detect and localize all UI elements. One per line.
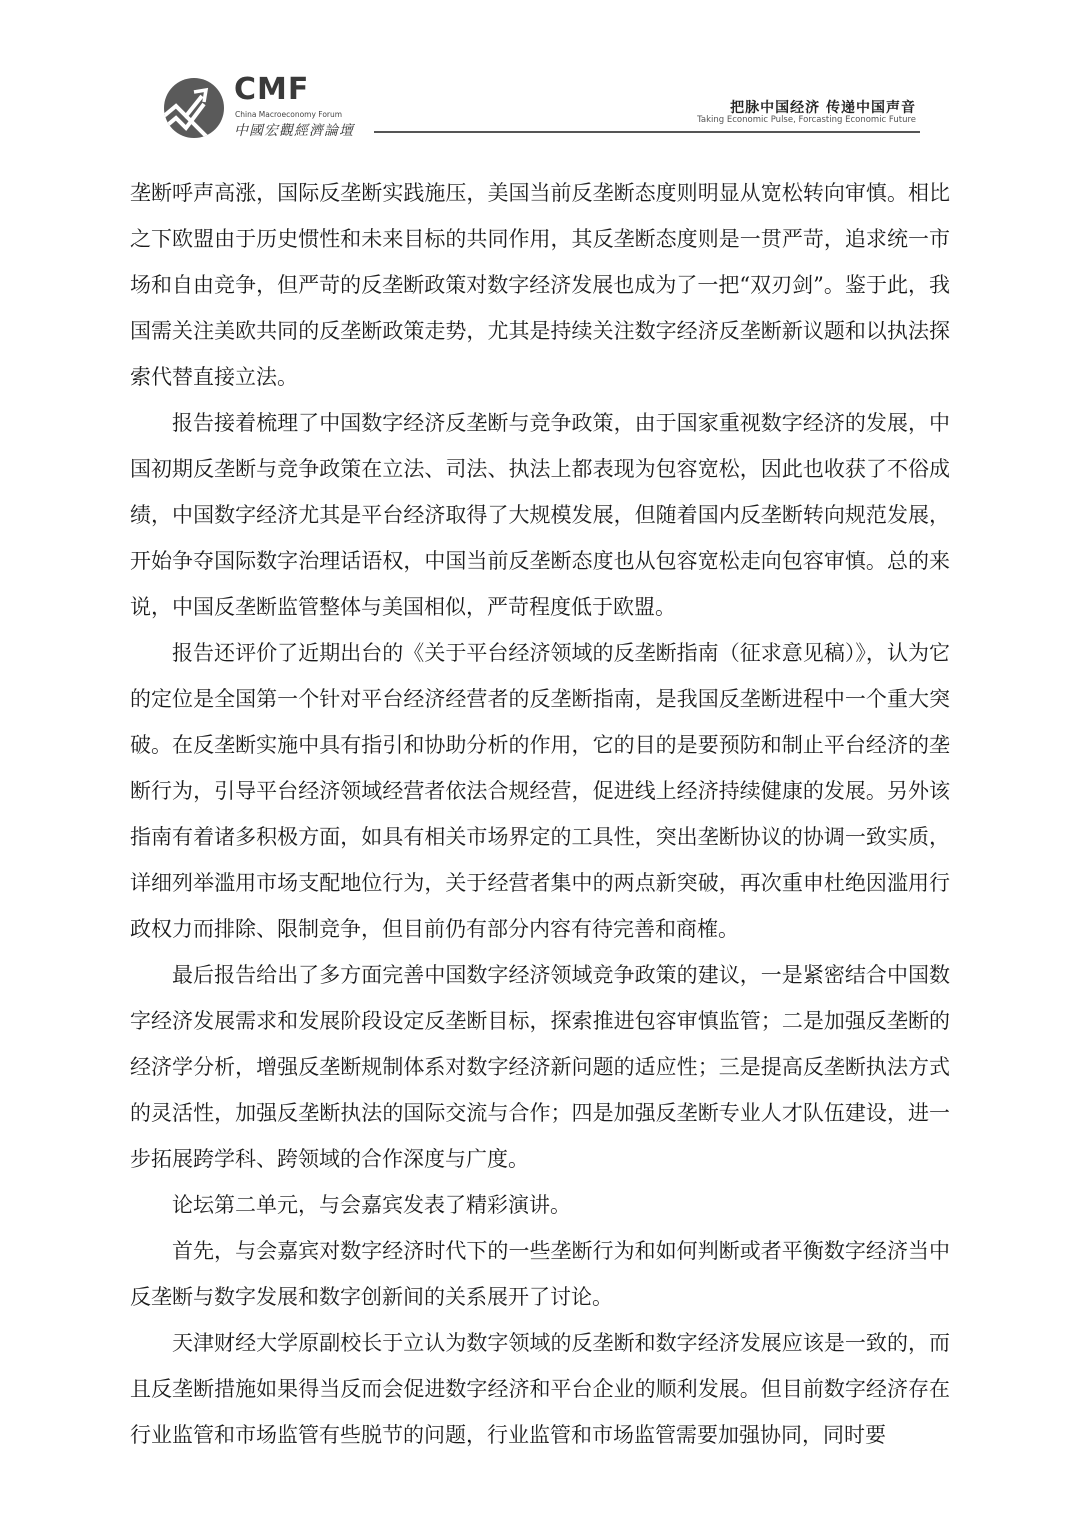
header-divider xyxy=(374,131,920,133)
paragraph: 垄断呼声高涨，国际反垄断实践施压，美国当前反垄断态度则明显从宽松转向审慎。相比之… xyxy=(130,170,950,400)
paragraph: 天津财经大学原副校长于立认为数字领域的反垄断和数字经济发展应该是一致的，而且反垄… xyxy=(130,1320,950,1458)
logo-subtitle-cn: 中國宏觀經濟論壇 xyxy=(234,120,354,140)
article-body: 垄断呼声高涨，国际反垄断实践施压，美国当前反垄断态度则明显从宽松转向审慎。相比之… xyxy=(130,170,950,1458)
paragraph: 首先，与会嘉宾对数字经济时代下的一些垄断行为和如何判断或者平衡数字经济当中反垄断… xyxy=(130,1228,950,1320)
paragraph: 论坛第二单元，与会嘉宾发表了精彩演讲。 xyxy=(130,1182,950,1228)
paragraph: 最后报告给出了多方面完善中国数字经济领域竞争政策的建议，一是紧密结合中国数字经济… xyxy=(130,952,950,1182)
page-header: CMF China Macroeconomy Forum 中國宏觀經濟論壇 把脉… xyxy=(160,72,920,142)
paragraph: 报告还评价了近期出台的《关于平台经济领域的反垄断指南（征求意见稿）》，认为它的定… xyxy=(130,630,950,952)
cmf-logo-icon xyxy=(164,78,224,138)
slogan-cn: 把脉中国经济 传递中国声音 xyxy=(730,97,916,117)
logo-title: CMF xyxy=(234,74,309,106)
slogan-en: Taking Economic Pulse, Forcasting Econom… xyxy=(697,115,916,125)
paragraph: 报告接着梳理了中国数字经济反垄断与竞争政策，由于国家重视数字经济的发展，中国初期… xyxy=(130,400,950,630)
logo-subtitle-en: China Macroeconomy Forum xyxy=(235,110,342,119)
